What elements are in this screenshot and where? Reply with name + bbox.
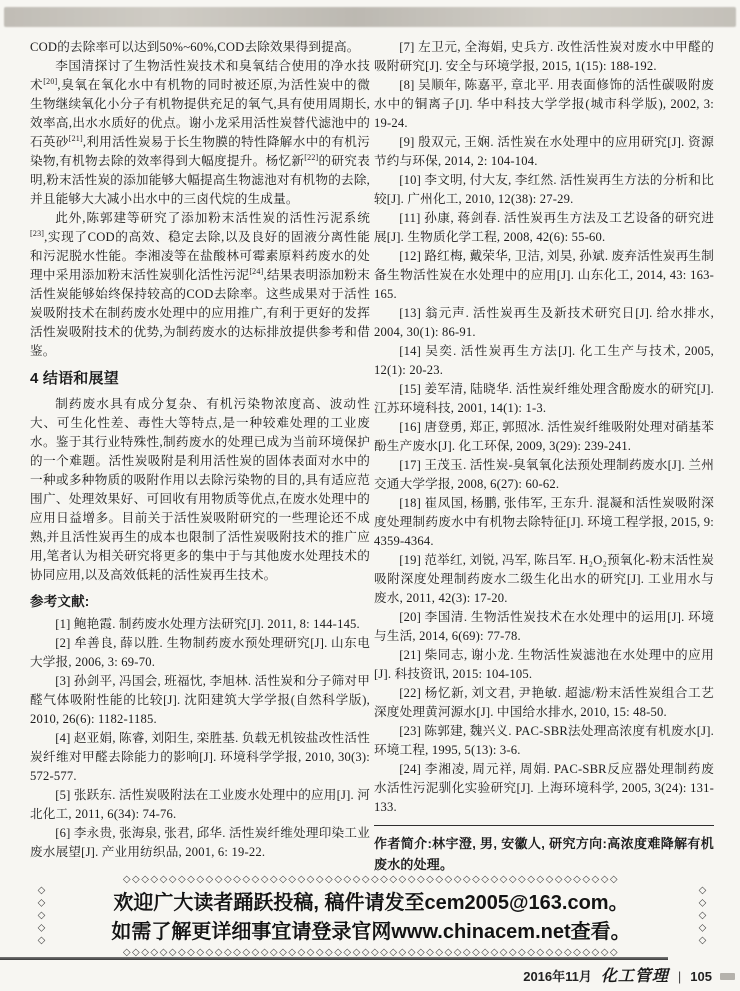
reference-item: [1] 鲍艳霞. 制药废水处理方法研究[J]. 2011, 8: 144-145… [30,615,370,634]
diamond-border-left: ◇◇◇◇◇◇ [35,885,46,949]
banner-line-1: 欢迎广大读者踊跃投稿, 稿件请发至cem2005@163.com。 [62,889,680,918]
paragraph-cod-removal: COD的去除率可以达到50%~60%,COD去除效果得到提高。 [30,38,370,57]
reference-item: [22] 杨忆新, 刘文君, 尹艳敏. 超滤/粉末活性炭组合工艺深度处理黄河源水… [374,684,714,722]
reference-item: [15] 姜军清, 陆晓华. 活性炭纤维处理含酚废水的研究[J]. 江苏环境科技… [374,380,714,418]
footer-rule [0,957,668,960]
footer-separator: | [678,969,681,984]
right-column: [7] 左卫元, 全海娟, 史兵方. 改性活性炭对废水中甲醛的吸附研究[J]. … [374,38,714,888]
footer-info: 2016年11月 化工管理 | 105 [523,963,712,986]
left-column: COD的去除率可以达到50%~60%,COD去除效果得到提高。 李国清探讨了生物… [30,38,370,862]
banner-text: 欢迎广大读者踊跃投稿, 稿件请发至cem2005@163.com。 如需了解更详… [62,889,680,947]
reference-item: [10] 李文明, 付大友, 李红然. 活性炭再生方法的分析和比较[J]. 广州… [374,171,714,209]
reference-item: [20] 李国清. 生物活性炭技术在水处理中的运用[J]. 环境与生活, 201… [374,608,714,646]
submission-banner: ◇◇◇◇◇◇◇◇◇◇◇◇◇◇◇◇◇◇◇◇◇◇◇◇◇◇◇◇◇◇◇◇◇◇◇◇◇◇◇◇… [38,879,704,955]
paragraph-conclusion: 制药废水具有成分复杂、有机污染物浓度高、波动性大、可生化性差、毒性大等特点,是一… [30,395,370,585]
reference-item: [14] 吴奕. 活性炭再生方法[J]. 化工生产与技术, 2005, 12(1… [374,342,714,380]
journal-logo: 化工管理 [601,963,669,986]
reference-item: [23] 陈郭建, 魏兴义. PAC-SBR法处理高浓度有机废水[J]. 环境工… [374,722,714,760]
reference-item: [7] 左卫元, 全海娟, 史兵方. 改性活性炭对废水中甲醛的吸附研究[J]. … [374,38,714,76]
references-list-left: [1] 鲍艳霞. 制药废水处理方法研究[J]. 2011, 8: 144-145… [30,615,370,862]
reference-item: [4] 赵亚娟, 陈睿, 刘阳生, 栾胜基. 负载无机铵盐改性活性炭纤维对甲醛去… [30,729,370,786]
reference-item: [16] 唐登勇, 郑正, 郭照冰. 活性炭纤维吸附处理对硝基苯酚生产废水[J]… [374,418,714,456]
reference-item: [6] 李永贵, 张海泉, 张君, 邱华. 活性炭纤维处理印染工业废水展望[J]… [30,824,370,862]
reference-item: [11] 孙康, 蒋剑春. 活性炭再生方法及工艺设备的研究进展[J]. 生物质化… [374,209,714,247]
diamond-border-right: ◇◇◇◇◇◇ [696,885,707,949]
reference-item: [8] 吴顺年, 陈嘉平, 章北平. 用表面修饰的活性碳吸附废水中的铜离子[J]… [374,76,714,133]
reference-item: [2] 牟善良, 薛以胜. 生物制药废水预处理研究[J]. 山东电大学报, 20… [30,634,370,672]
reference-item: [24] 李湘凌, 周元祥, 周娟. PAC-SBR反应器处理制药废水活性污泥驯… [374,760,714,817]
reference-item: [19] 范举红, 刘锐, 冯军, 陈吕军. H₂O₂预氧化-粉末活性炭吸附深度… [374,551,714,608]
paragraph-ciwai: 此外,陈郭建等研究了添加粉末活性炭的活性污泥系统[23],实现了COD的高效、稳… [30,209,370,361]
page-number: 105 [690,969,712,984]
paragraph-liguoqing: 李国清探讨了生物活性炭技术和臭氧结合使用的净水技术[20],臭氧在氧化水中有机物… [30,57,370,209]
reference-item: [5] 张跃东. 活性炭吸附法在工业废水处理中的应用[J]. 河北化工, 201… [30,786,370,824]
references-list-right: [7] 左卫元, 全海娟, 史兵方. 改性活性炭对废水中甲醛的吸附研究[J]. … [374,38,714,817]
footer-date: 2016年11月 [523,966,592,985]
reference-item: [13] 翁元声. 活性炭再生及新技术研究日[J]. 给水排水, 2004, 3… [374,304,714,342]
section-heading-conclusion: 4 结语和展望 [30,370,370,388]
banner-line-2: 如需了解更详细事宜请登录官网www.chinacem.net查看。 [62,918,680,947]
reference-item: [21] 柴同志, 谢小龙. 生物活性炭滤池在水处理中的应用[J]. 科技资讯,… [374,646,714,684]
reference-item: [17] 王茂玉. 活性炭-臭氧氧化法预处理制药废水[J]. 兰州交通大学学报,… [374,456,714,494]
diamond-border-top: ◇◇◇◇◇◇◇◇◇◇◇◇◇◇◇◇◇◇◇◇◇◇◇◇◇◇◇◇◇◇◇◇◇◇◇◇◇◇◇◇… [46,875,696,886]
scan-artifact-band [4,7,736,27]
author-bio: 作者简介:林宇澄, 男, 安徽人, 研究方向:高浓度难降解有机废水的处理。 [374,825,714,875]
scan-artifact-smudge [720,973,735,980]
references-heading: 参考文献: [30,594,370,610]
reference-item: [9] 殷双元, 王娴. 活性炭在水处理中的应用研究[J]. 资源节约与环保, … [374,133,714,171]
reference-item: [3] 孙剑平, 冯国会, 班福忱, 李旭林. 活性炭和分子筛对甲醛气体吸附性能… [30,672,370,729]
reference-item: [18] 崔凤国, 杨鹏, 张伟军, 王东升. 混凝和活性炭吸附深度处理制药废水… [374,494,714,551]
reference-item: [12] 路红梅, 戴荣华, 卫洁, 刘昊, 孙斌. 废弃活性炭再生制备生物活性… [374,247,714,304]
